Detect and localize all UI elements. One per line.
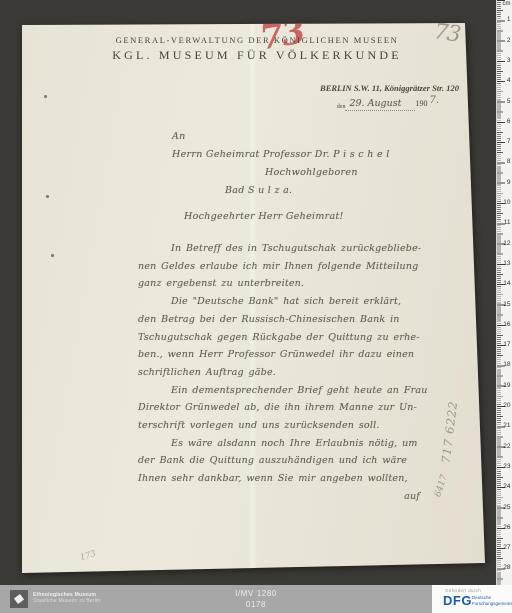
pencil-annotation-vertical: 717 6222 [439, 400, 461, 464]
body-line: den Betrag bei der Russisch-Chinesischen… [138, 311, 430, 329]
letter-body: In Betreff des in Tschugutschak zurückge… [138, 240, 430, 506]
body-line: der Bank die Quittung auszuhändigen und … [138, 452, 430, 470]
ruler-cm-ticks [497, 0, 505, 585]
body-line: terschrift vorlegen und uns zurücksenden… [138, 417, 430, 435]
date-label: den [337, 104, 346, 110]
ruler-number: 10 [503, 199, 510, 207]
handwritten-year: 7. [429, 95, 439, 106]
ruler-number: 2 [507, 37, 511, 45]
ruler-number: 23 [503, 463, 510, 471]
ruler-number: 18 [503, 361, 510, 369]
ruler-number: 27 [503, 544, 510, 552]
ruler-number: 19 [503, 382, 510, 390]
ruler-number: 20 [503, 402, 510, 410]
ruler-number: 15 [503, 301, 510, 309]
shelfmark: I/MV 1280 [235, 588, 277, 599]
recipient-line: An [172, 128, 390, 146]
body-line: Direktor Grünwedel ab, die ihn ihrem Man… [138, 399, 430, 417]
ruler-unit-label: cm [503, 1, 511, 7]
museum-logo-icon [10, 590, 28, 608]
page-number: 0178 [235, 599, 277, 610]
date-line: den29. August190 7. [337, 95, 439, 111]
typed-date: 29. August [345, 98, 415, 111]
catchword: auf [138, 488, 430, 506]
ruler-number: 16 [503, 321, 510, 329]
punch-hole [44, 95, 47, 98]
ruler-number: 22 [503, 443, 510, 451]
dfg-logo: DFG [443, 593, 472, 608]
ruler-number: 28 [503, 564, 510, 572]
ruler-number: 12 [503, 240, 510, 248]
letterhead-line1: GENERAL-VERWALTUNG DER KÖNIGLICHEN MUSEE… [92, 35, 422, 45]
museum-logo-glyph-icon [14, 594, 24, 604]
ruler-number: 9 [507, 179, 511, 187]
salutation: Hochgeehrter Herr Geheimrat! [184, 211, 344, 222]
dfg-name: Deutsche Forschungsgemeinschaft [472, 595, 512, 606]
ruler-number: 25 [503, 504, 510, 512]
body-line: Die "Deutsche Bank" hat sich bereit erkl… [138, 293, 430, 311]
ruler-number: 11 [504, 219, 511, 227]
document-page: 73 73 GENERAL-VERWALTUNG DER KÖNIGLICHEN… [22, 23, 485, 573]
ruler-number: 26 [503, 524, 510, 532]
ruler-number: 17 [503, 341, 510, 349]
dfg-funding-box: Gefördert durch DFG Deutsche Forschungsg… [432, 585, 512, 613]
letterhead-line2: KGL. MUSEUM FÜR VÖLKERKUNDE [92, 48, 422, 63]
punch-hole [51, 254, 54, 257]
letterhead-address: BERLIN S.W. 11, Königgrätzer Str. 120 [320, 83, 459, 93]
ruler-number: 1 [507, 16, 511, 24]
ruler-number: 21 [503, 422, 510, 430]
pencil-annotation-vertical: 6417 [433, 474, 450, 499]
body-line: schriftlichen Auftrag gäbe. [138, 364, 430, 382]
archive-identifiers: I/MV 1280 0178 [235, 588, 277, 610]
body-line: nen Geldes erlaube ich mir Ihnen folgend… [138, 258, 430, 276]
ruler-number: 7 [507, 138, 511, 146]
museum-credit: Ethnologisches Museum Staatliche Museen … [33, 592, 100, 604]
pencil-folio-number: 73 [432, 19, 461, 47]
recipient-line: Bad S u l z a. [172, 182, 390, 200]
museum-organisation: Staatliche Museen zu Berlin [33, 598, 100, 604]
ruler-number: 6 [507, 118, 511, 126]
body-line: ganz ergebenst zu unterbreiten. [138, 275, 430, 293]
ruler-number: 8 [507, 158, 511, 166]
body-line: Ein dementsprechender Brief geht heute a… [138, 382, 430, 400]
body-line: ben., wenn Herr Professor Grünwedel ihr … [138, 346, 430, 364]
recipient-line: Herrn Geheimrat Professor Dr. P i s c h … [172, 146, 390, 164]
letterhead: GENERAL-VERWALTUNG DER KÖNIGLICHEN MUSEE… [92, 35, 422, 63]
body-line: Tschugutschak gegen Rückgabe der Quittun… [138, 329, 430, 347]
body-line: Es wäre alsdann noch Ihre Erlaubnis nöti… [138, 435, 430, 453]
body-line: In Betreff des in Tschugutschak zurückge… [138, 240, 430, 258]
footer-bar: Ethnologisches Museum Staatliche Museen … [0, 585, 512, 613]
pencil-annotation-bottom: 173 [79, 549, 98, 564]
recipient-block: An Herrn Geheimrat Professor Dr. P i s c… [172, 128, 390, 200]
ruler: cm 1234567891011121314151617181920212223… [496, 0, 512, 585]
ruler-number: 3 [507, 57, 511, 65]
punch-hole [46, 195, 49, 198]
ruler-number: 13 [503, 260, 510, 268]
dfg-name-line2: Forschungsgemeinschaft [472, 601, 512, 607]
ruler-number: 5 [507, 98, 511, 106]
printed-year: 190 [415, 99, 427, 108]
recipient-line: Hochwohlgeboren [172, 164, 390, 182]
body-line: Ihnen sehr dankbar, wenn Sie mir angeben… [138, 470, 430, 488]
ruler-number: 4 [507, 77, 511, 85]
ruler-number: 24 [503, 483, 510, 491]
ruler-number: 14 [503, 280, 510, 288]
